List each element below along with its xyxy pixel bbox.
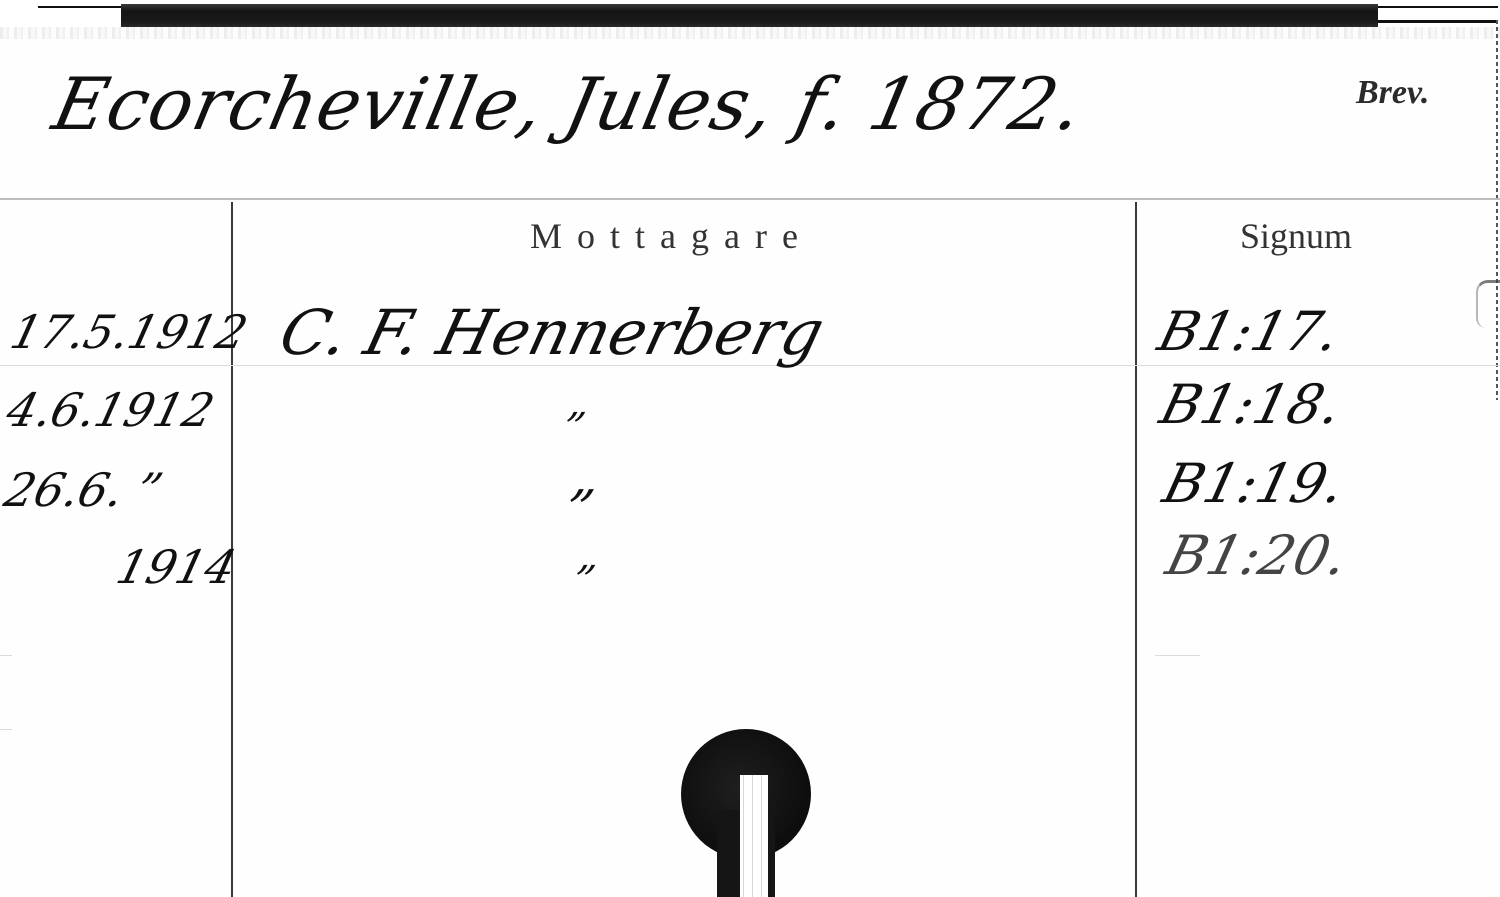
scan-top-band: [0, 0, 1500, 27]
signum-column-heading: Signum: [1240, 215, 1352, 257]
entry-recipient-ditto: ”: [558, 480, 600, 540]
recipient-column-heading: Mottagare: [530, 215, 813, 257]
entry-signum: B1:17.: [1152, 300, 1346, 363]
row-guide-line: [0, 729, 12, 730]
catalog-card: Ecorcheville, Jules, f. 1872. Brev. Mott…: [0, 0, 1500, 897]
entry-date: 1914: [111, 540, 242, 594]
scan-edge-line: [1378, 20, 1498, 23]
signum-column-divider: [1135, 202, 1137, 897]
entry-signum: B1:20.: [1160, 524, 1354, 587]
header-divider: [0, 198, 1500, 200]
scan-edge-line: [38, 6, 121, 8]
entry-signum: B1:18.: [1154, 373, 1348, 436]
card-title-name: Ecorcheville, Jules, f. 1872.: [46, 62, 1091, 146]
entry-signum: B1:19.: [1157, 452, 1351, 515]
punch-hole-scan-artifact: [740, 775, 768, 897]
entry-date: 4.6.1912: [1, 383, 219, 437]
ink-smudge: [1476, 280, 1500, 328]
card-right-edge: [1496, 20, 1498, 400]
row-guide-line: [0, 655, 12, 656]
scan-dark-strip: [121, 4, 1378, 27]
scan-noise-strip: [0, 27, 1500, 39]
entry-date: 17.5.1912: [5, 305, 253, 359]
entry-recipient-ditto: ”: [567, 558, 599, 604]
row-guide-line: [1155, 655, 1200, 656]
entry-recipient-ditto: ”: [557, 405, 589, 451]
card-category-label: Brev.: [1356, 74, 1429, 112]
entry-date: 26.6. ”: [0, 463, 168, 517]
entry-recipient: C. F. Hennerberg: [273, 296, 831, 369]
scan-edge-line: [1378, 6, 1498, 8]
